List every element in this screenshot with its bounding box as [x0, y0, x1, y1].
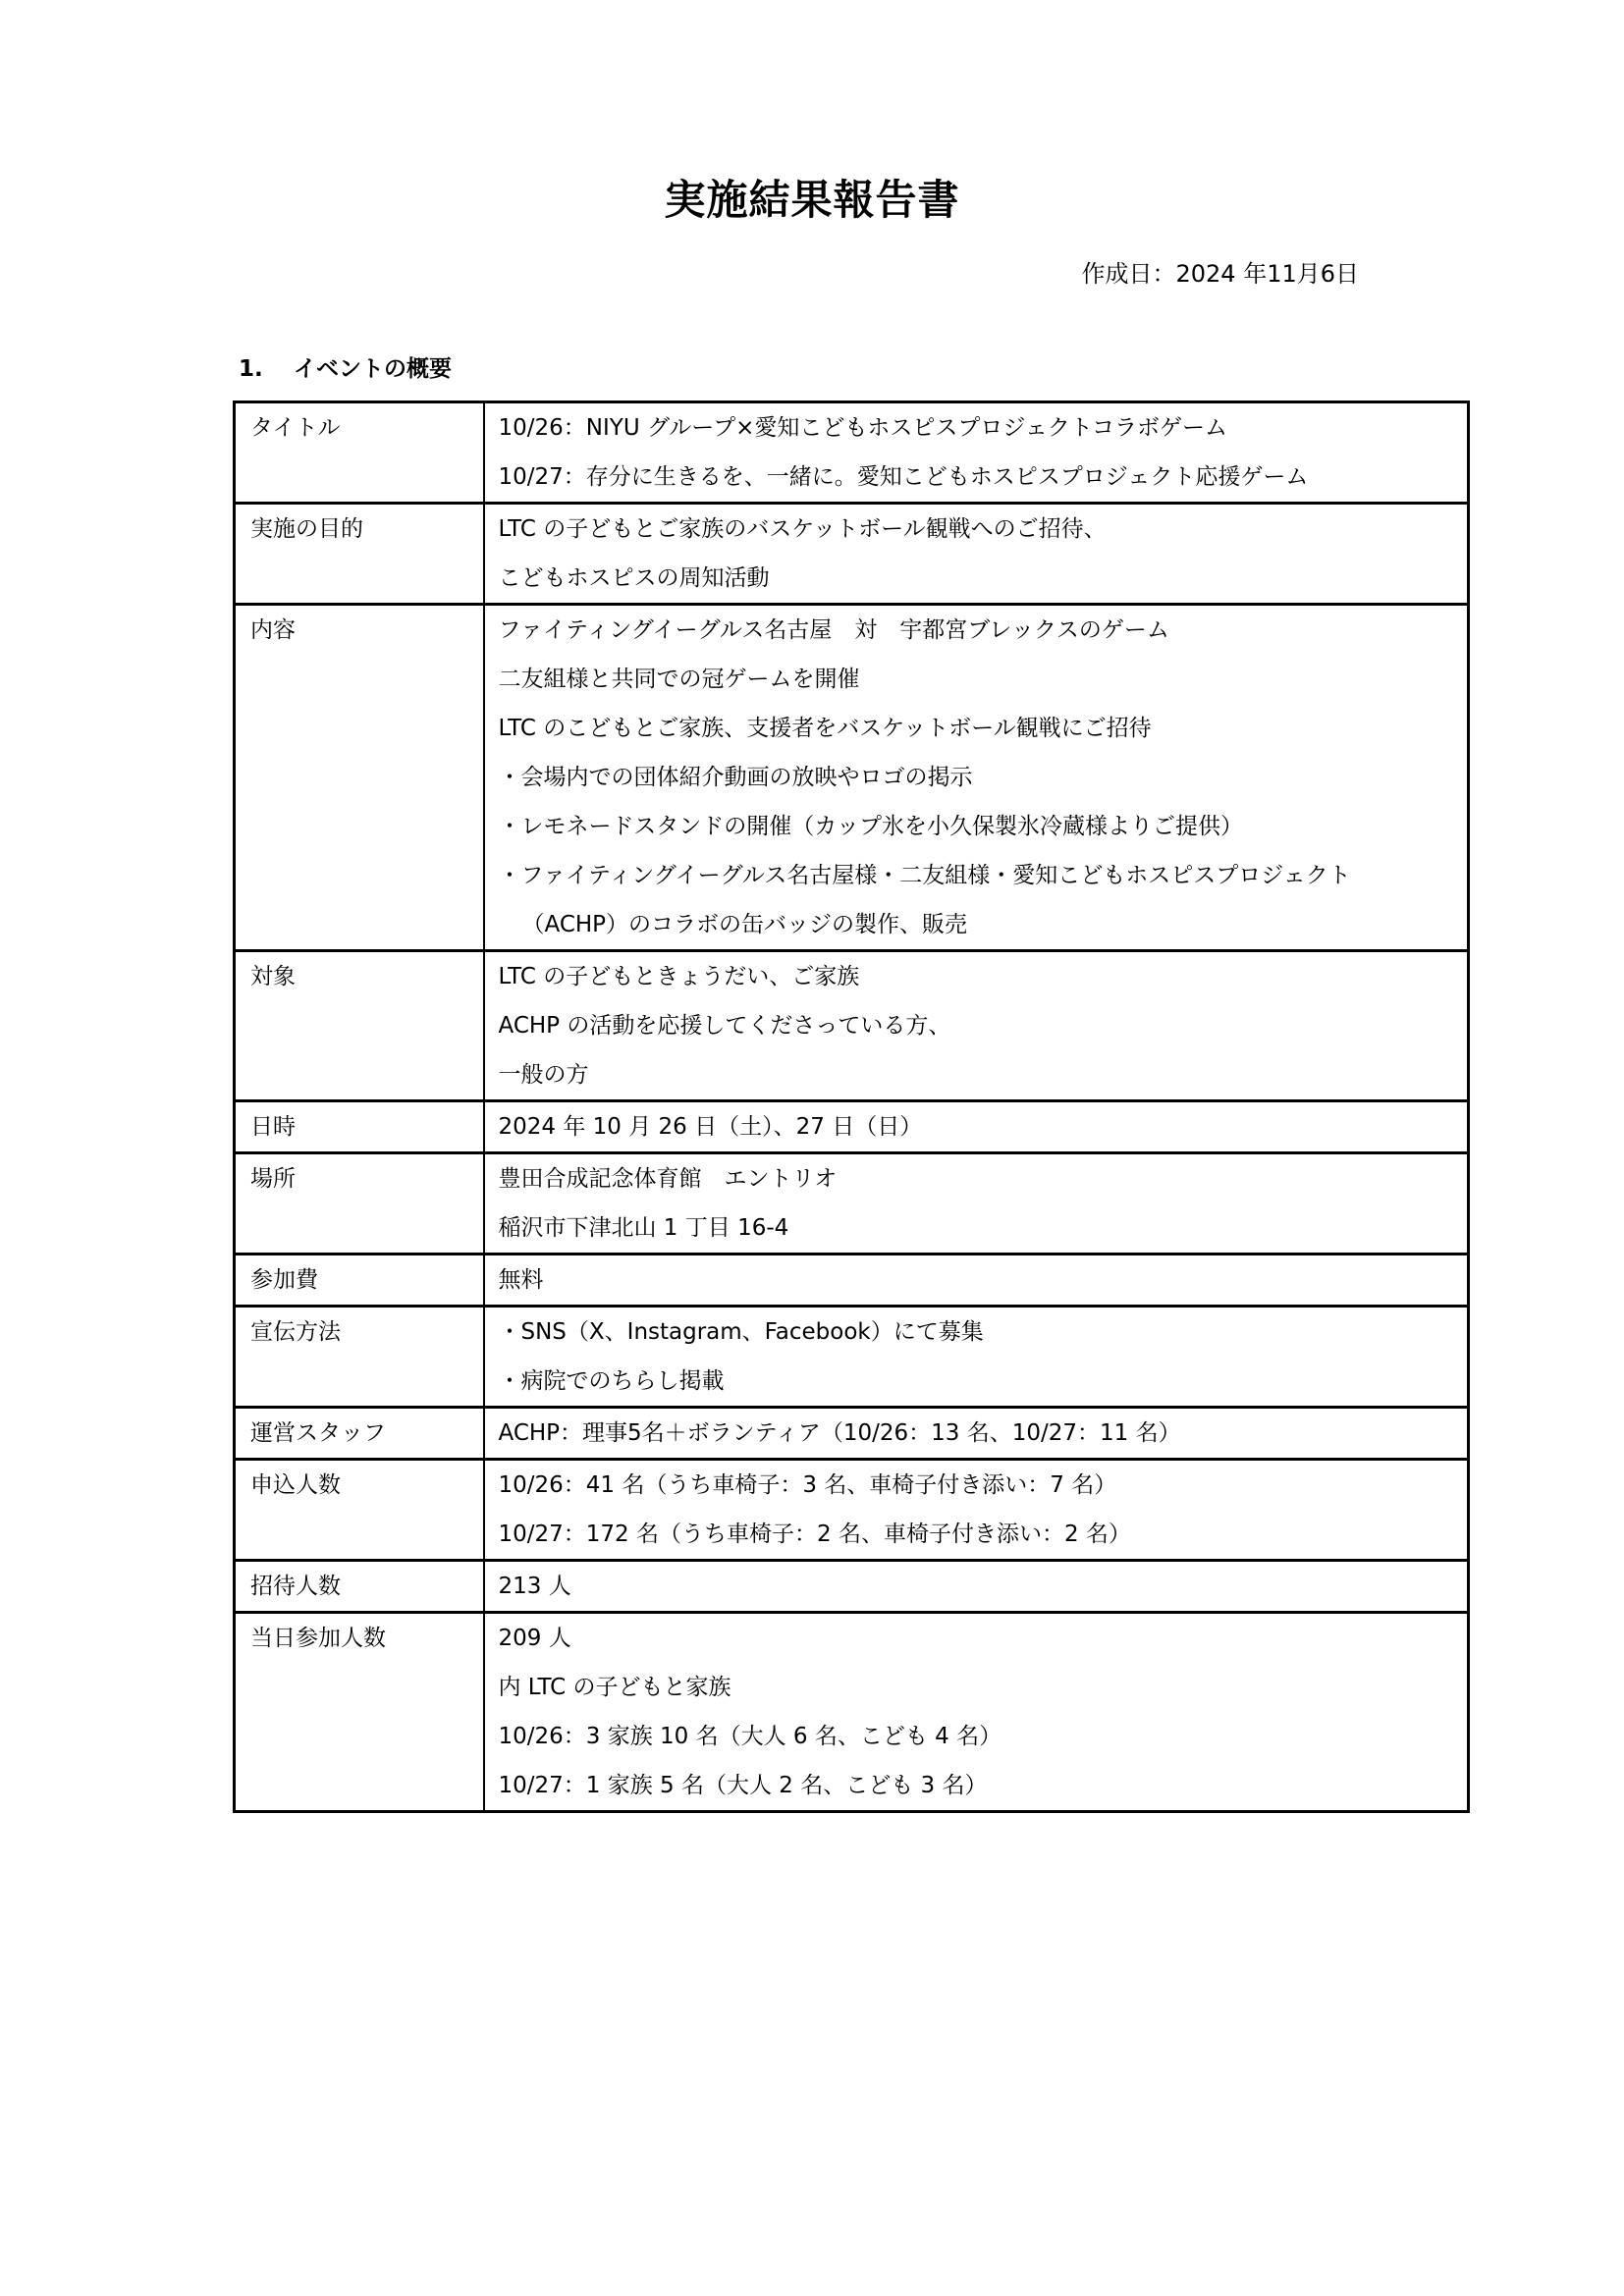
table-row-content: 内容 ファイティングイーグルス名古屋 対 宇都宮ブレックスのゲーム 二友組様と共…	[235, 605, 1469, 951]
value-line: 10/26：3 家族 10 名（大人 6 名、こども 4 名）	[499, 1712, 1468, 1761]
row-value: LTC の子どもとご家族のバスケットボール観戦へのご招待、 こどもホスピスの周知…	[484, 504, 1469, 605]
row-label: 対象	[235, 951, 484, 1101]
row-label: 招待人数	[235, 1561, 484, 1613]
row-label: 申込人数	[235, 1460, 484, 1561]
row-value: ACHP：理事5名＋ボランティア（10/26：13 名、10/27：11 名）	[484, 1408, 1469, 1460]
value-line: 10/26：41 名（うち車椅子：3 名、車椅子付き添い：7 名）	[499, 1461, 1468, 1510]
value-line: ACHP：理事5名＋ボランティア（10/26：13 名、10/27：11 名）	[499, 1409, 1468, 1458]
value-line: LTC の子どもときょうだい、ご家族	[499, 952, 1468, 1001]
row-value: ・SNS（X、Instagram、Facebook）にて募集 ・病院でのちらし掲…	[484, 1307, 1469, 1408]
value-line: 209 人	[499, 1614, 1468, 1663]
value-line: 内 LTC の子どもと家族	[499, 1663, 1468, 1712]
value-line: 稲沢市下津北山 1 丁目 16-4	[499, 1203, 1468, 1253]
row-label: 運営スタッフ	[235, 1408, 484, 1460]
row-label: 場所	[235, 1153, 484, 1255]
document-title: 実施結果報告書	[0, 175, 1624, 226]
value-line: 213 人	[499, 1562, 1468, 1611]
table-row-attendees: 当日参加人数 209 人 内 LTC の子どもと家族 10/26：3 家族 10…	[235, 1613, 1469, 1812]
value-line: 無料	[499, 1255, 1468, 1305]
row-value: 209 人 内 LTC の子どもと家族 10/26：3 家族 10 名（大人 6…	[484, 1613, 1469, 1812]
value-line: 一般の方	[499, 1050, 1468, 1099]
value-line: 豊田合成記念体育館 エントリオ	[499, 1154, 1468, 1203]
value-line: 10/26：NIYU グループ×愛知こどもホスピスプロジェクトコラボゲーム	[499, 403, 1468, 453]
table-row-venue: 場所 豊田合成記念体育館 エントリオ 稲沢市下津北山 1 丁目 16-4	[235, 1153, 1469, 1255]
event-overview-table: タイトル 10/26：NIYU グループ×愛知こどもホスピスプロジェクトコラボゲ…	[233, 400, 1470, 1813]
section-number: 1.	[239, 353, 294, 385]
value-line: こどもホスピスの周知活動	[499, 554, 1468, 603]
table-row-title: タイトル 10/26：NIYU グループ×愛知こどもホスピスプロジェクトコラボゲ…	[235, 402, 1469, 504]
value-line: 二友組様と共同での冠ゲームを開催	[499, 655, 1468, 704]
section-title: イベントの概要	[294, 356, 452, 382]
value-line: ファイティングイーグルス名古屋 対 宇都宮ブレックスのゲーム	[499, 606, 1468, 655]
value-line: 10/27：172 名（うち車椅子：2 名、車椅子付き添い：2 名）	[499, 1510, 1468, 1559]
table-row-datetime: 日時 2024 年 10 月 26 日（土）、27 日（日）	[235, 1101, 1469, 1153]
row-value: ファイティングイーグルス名古屋 対 宇都宮ブレックスのゲーム 二友組様と共同での…	[484, 605, 1469, 951]
row-label: 当日参加人数	[235, 1613, 484, 1812]
row-value: 10/26：41 名（うち車椅子：3 名、車椅子付き添い：7 名） 10/27：…	[484, 1460, 1469, 1561]
row-value: LTC の子どもときょうだい、ご家族 ACHP の活動を応援してくださっている方…	[484, 951, 1469, 1101]
row-value: 無料	[484, 1255, 1469, 1307]
value-line: ・会場内での団体紹介動画の放映やロゴの掲示	[499, 753, 1468, 802]
row-label: 内容	[235, 605, 484, 951]
value-line: （ACHP）のコラボの缶バッジの製作、販売	[499, 900, 1468, 949]
value-line: ACHP の活動を応援してくださっている方、	[499, 1001, 1468, 1050]
value-line: ・病院でのちらし掲載	[499, 1357, 1468, 1406]
table-row-invited: 招待人数 213 人	[235, 1561, 1469, 1613]
row-label: 参加費	[235, 1255, 484, 1307]
table-row-fee: 参加費 無料	[235, 1255, 1469, 1307]
value-line: LTC のこどもとご家族、支援者をバスケットボール観戦にご招待	[499, 704, 1468, 753]
table-row-staff: 運営スタッフ ACHP：理事5名＋ボランティア（10/26：13 名、10/27…	[235, 1408, 1469, 1460]
row-label: タイトル	[235, 402, 484, 504]
row-label: 実施の目的	[235, 504, 484, 605]
created-date: 作成日：2024 年11月6日	[1081, 257, 1359, 291]
value-line: 10/27：1 家族 5 名（大人 2 名、こども 3 名）	[499, 1761, 1468, 1810]
row-label: 宣伝方法	[235, 1307, 484, 1408]
value-line: LTC の子どもとご家族のバスケットボール観戦へのご招待、	[499, 505, 1468, 554]
table-row-purpose: 実施の目的 LTC の子どもとご家族のバスケットボール観戦へのご招待、 こどもホ…	[235, 504, 1469, 605]
value-line: ・SNS（X、Instagram、Facebook）にて募集	[499, 1308, 1468, 1357]
row-label: 日時	[235, 1101, 484, 1153]
table-row-applicants: 申込人数 10/26：41 名（うち車椅子：3 名、車椅子付き添い：7 名） 1…	[235, 1460, 1469, 1561]
value-line: ・レモネードスタンドの開催（カップ氷を小久保製氷冷蔵様よりご提供）	[499, 802, 1468, 851]
row-value: 10/26：NIYU グループ×愛知こどもホスピスプロジェクトコラボゲーム 10…	[484, 402, 1469, 504]
row-value: 2024 年 10 月 26 日（土）、27 日（日）	[484, 1101, 1469, 1153]
value-line: 2024 年 10 月 26 日（土）、27 日（日）	[499, 1102, 1468, 1151]
table-row-promotion: 宣伝方法 ・SNS（X、Instagram、Facebook）にて募集 ・病院で…	[235, 1307, 1469, 1408]
section-heading: 1.イベントの概要	[239, 353, 452, 385]
table-row-target: 対象 LTC の子どもときょうだい、ご家族 ACHP の活動を応援してくださって…	[235, 951, 1469, 1101]
row-value: 213 人	[484, 1561, 1469, 1613]
row-value: 豊田合成記念体育館 エントリオ 稲沢市下津北山 1 丁目 16-4	[484, 1153, 1469, 1255]
value-line: ・ファイティングイーグルス名古屋様・二友組様・愛知こどもホスピスプロジェクト	[499, 851, 1468, 900]
value-line: 10/27：存分に生きるを、一緒に。愛知こどもホスピスプロジェクト応援ゲーム	[499, 453, 1468, 502]
